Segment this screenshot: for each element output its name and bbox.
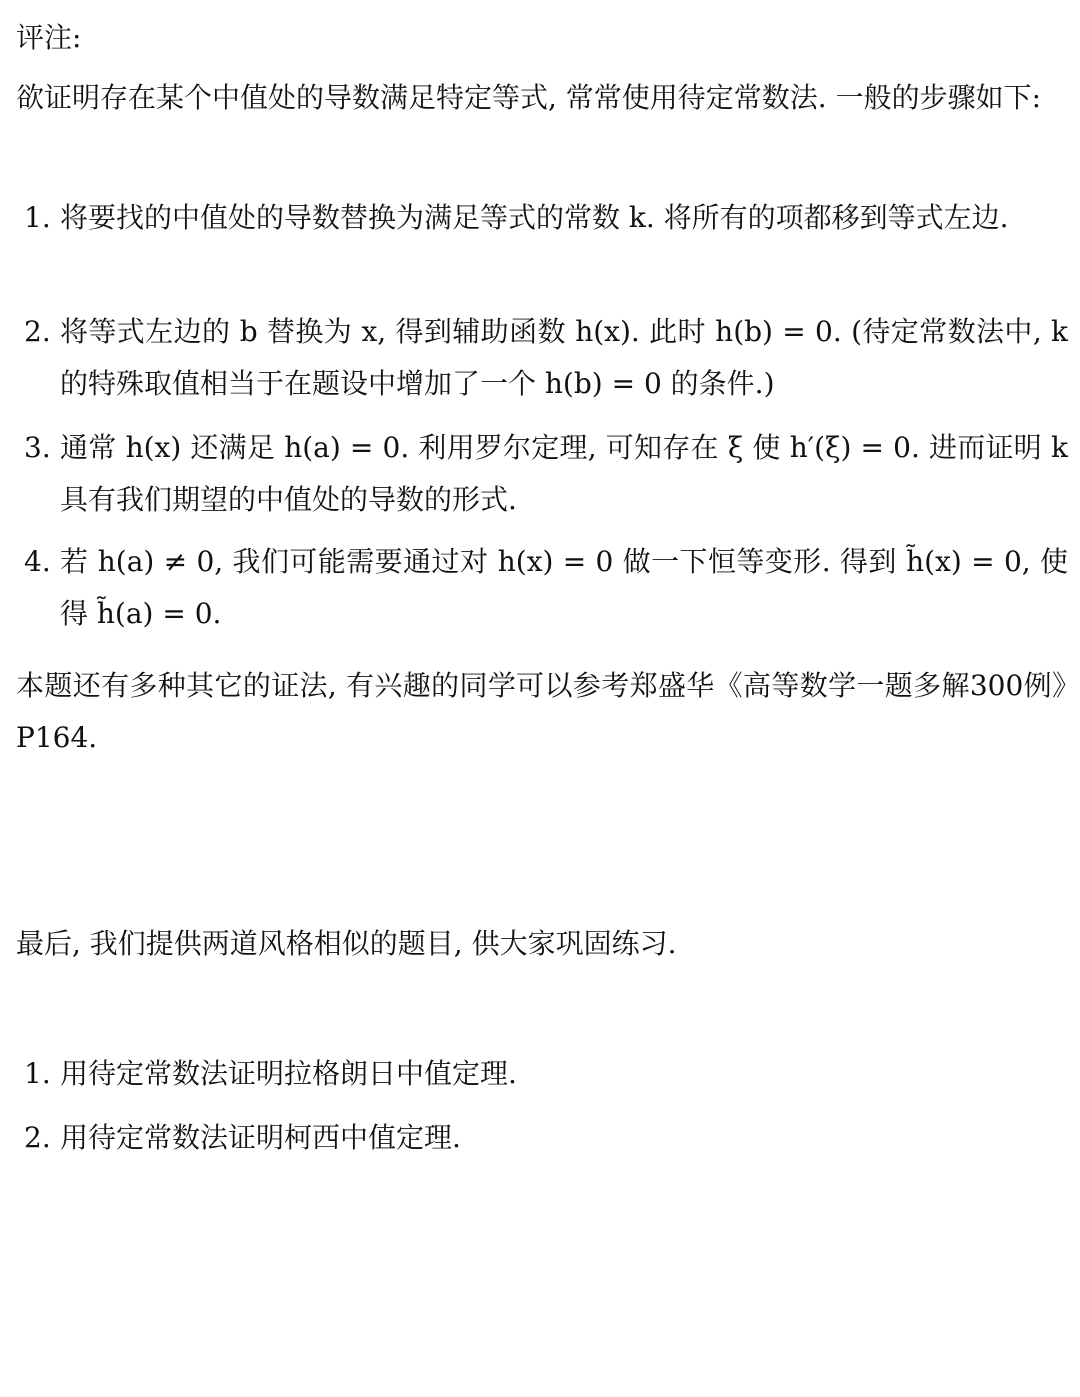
step-number: 4. [24,536,51,588]
reference-paragraph: 本题还有多种其它的证法, 有兴趣的同学可以参考郑盛华《高等数学一题多解300例》… [16,660,1066,764]
step-text: 将要找的中值处的导数替换为满足等式的常数 k. 将所有的项都移到等式左边. [60,192,1068,244]
step-number: 1. [24,192,51,244]
step-item-4: 4. 若 h(a) ≠ 0, 我们可能需要通过对 h(x) = 0 做一下恒等变… [24,536,1068,640]
intro-paragraph: 欲证明存在某个中值处的导数满足特定等式, 常常使用待定常数法. 一般的步骤如下: [16,72,1066,124]
exercise-item-2: 2. 用待定常数法证明柯西中值定理. [24,1112,1068,1164]
heading-comment: 评注: [16,18,81,58]
exercise-number: 1. [24,1048,51,1100]
exercise-item-1: 1. 用待定常数法证明拉格朗日中值定理. [24,1048,1068,1100]
step-text: 若 h(a) ≠ 0, 我们可能需要通过对 h(x) = 0 做一下恒等变形. … [60,536,1068,640]
closing-paragraph: 最后, 我们提供两道风格相似的题目, 供大家巩固练习. [16,924,677,964]
step-item-1: 1. 将要找的中值处的导数替换为满足等式的常数 k. 将所有的项都移到等式左边. [24,192,1068,244]
exercise-text: 用待定常数法证明柯西中值定理. [60,1112,1068,1164]
step-text: 将等式左边的 b 替换为 x, 得到辅助函数 h(x). 此时 h(b) = 0… [60,306,1068,410]
exercise-number: 2. [24,1112,51,1164]
step-number: 3. [24,422,51,474]
step-number: 2. [24,306,51,358]
step-text: 通常 h(x) 还满足 h(a) = 0. 利用罗尔定理, 可知存在 ξ 使 h… [60,422,1068,526]
step-item-3: 3. 通常 h(x) 还满足 h(a) = 0. 利用罗尔定理, 可知存在 ξ … [24,422,1068,526]
step-item-2: 2. 将等式左边的 b 替换为 x, 得到辅助函数 h(x). 此时 h(b) … [24,306,1068,410]
exercise-text: 用待定常数法证明拉格朗日中值定理. [60,1048,1068,1100]
